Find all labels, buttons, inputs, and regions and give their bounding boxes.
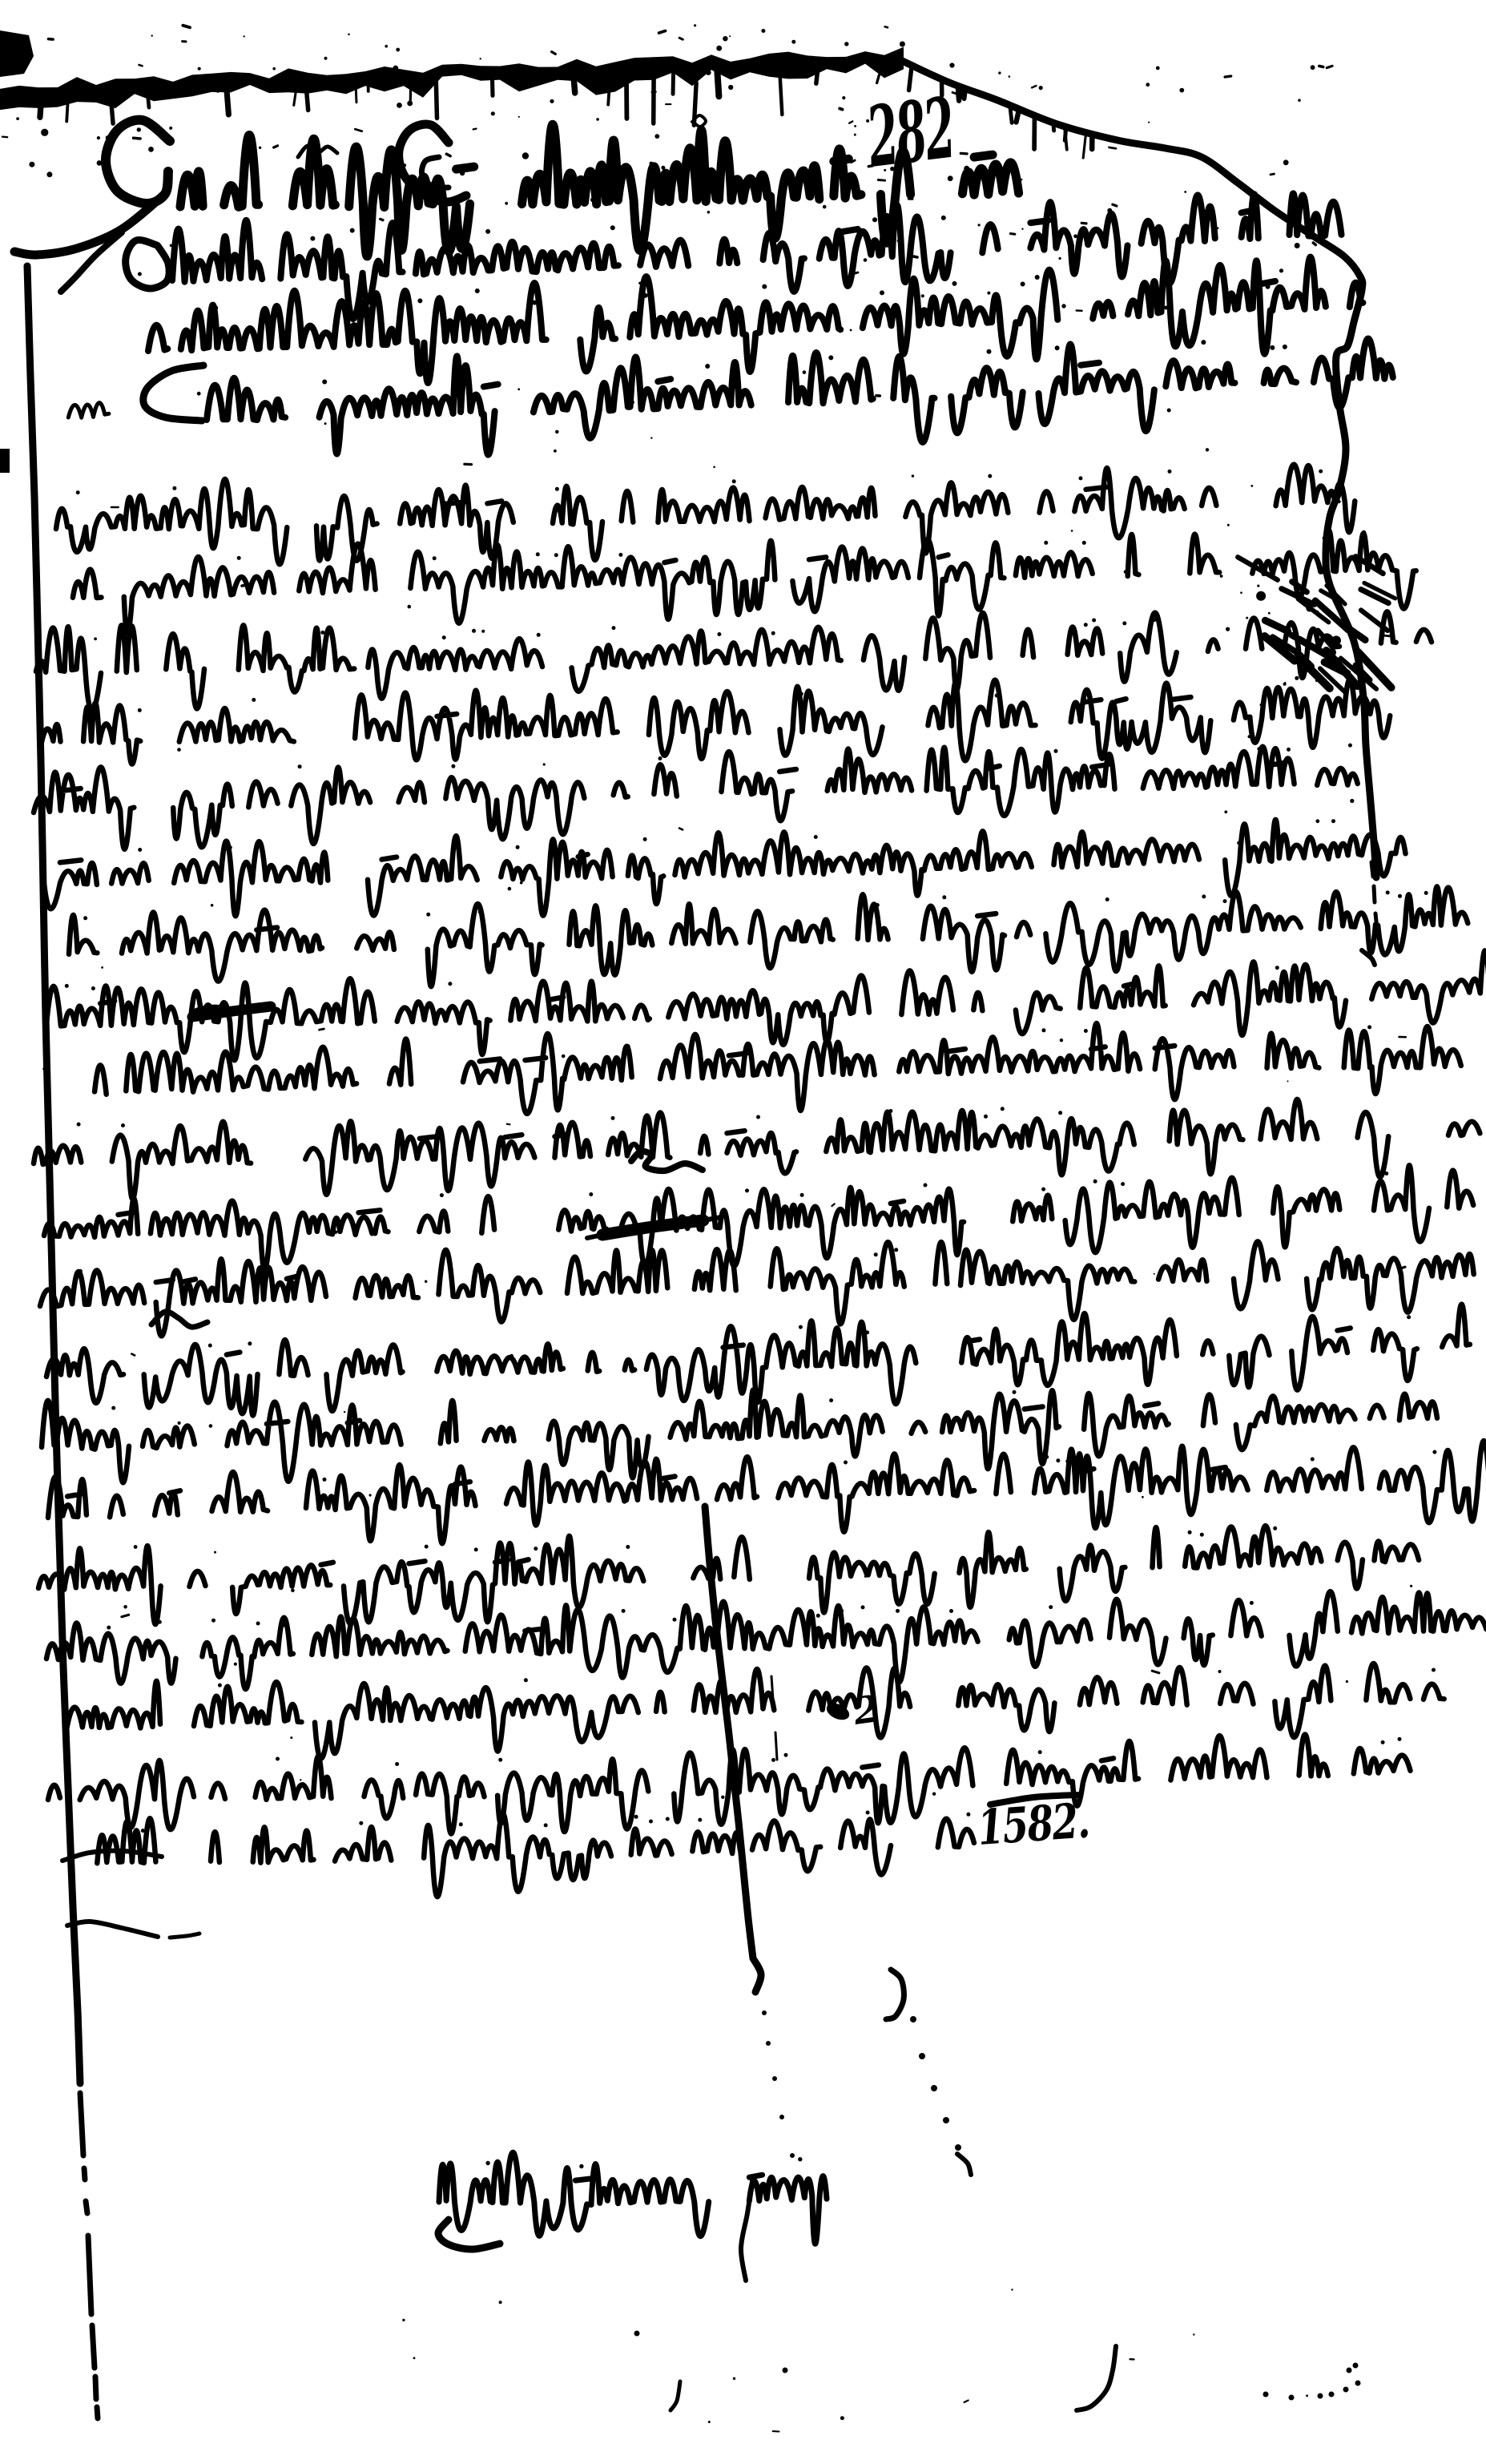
body-line-15-strokes xyxy=(48,1441,1486,1543)
body-line-6-dot xyxy=(1331,819,1335,823)
body-line-1 xyxy=(56,465,1355,565)
body-line-1-dot xyxy=(732,479,736,483)
body-line-7-dot xyxy=(478,910,482,914)
speckle xyxy=(291,1589,295,1593)
body-line-16-dot xyxy=(534,1547,538,1551)
speckle xyxy=(1240,591,1242,594)
body-line-20-dot xyxy=(649,1820,653,1824)
body-line-18-dot xyxy=(524,1678,528,1682)
body-line-15 xyxy=(48,1441,1486,1543)
speckle xyxy=(197,392,201,396)
speckle xyxy=(460,171,465,175)
body-line-3-dot xyxy=(472,629,476,633)
speckle xyxy=(97,160,103,166)
left-fold-dash xyxy=(84,2168,85,2180)
speckle xyxy=(499,2301,502,2304)
speckle-stroke xyxy=(381,219,383,220)
speckle-stroke xyxy=(1327,66,1332,67)
body-line-10-dot xyxy=(121,1123,125,1127)
speckle xyxy=(661,166,665,170)
body-line-20-dot xyxy=(459,1822,463,1826)
speckle-stroke xyxy=(960,153,967,154)
body-line-11-dot xyxy=(1041,1188,1045,1192)
body-line-20-dot xyxy=(666,1817,670,1821)
body-line-12-dot xyxy=(776,1252,780,1256)
body-line-4 xyxy=(42,676,1390,764)
body-line-3-dot xyxy=(1153,618,1157,622)
preamble-line-2-dot xyxy=(762,284,767,289)
speckle xyxy=(244,35,245,37)
body-line-12-dot xyxy=(894,1248,898,1252)
ink-blot xyxy=(41,129,48,136)
body-line-2-dot xyxy=(433,556,437,560)
speckle xyxy=(854,134,856,136)
speckle xyxy=(393,66,398,71)
body-line-7-dot xyxy=(1386,890,1390,894)
speckle xyxy=(1148,122,1150,123)
crack-trail-dot xyxy=(919,2053,925,2059)
body-line-3-dot xyxy=(442,635,446,639)
body-line-16-dot xyxy=(1200,1533,1204,1537)
body-line-20-dot xyxy=(544,1823,548,1827)
speckle xyxy=(94,637,97,640)
body-line-1-dot xyxy=(988,474,992,478)
body-line-9-dot xyxy=(1084,1029,1088,1033)
speckle xyxy=(761,29,765,33)
speckle xyxy=(518,116,520,118)
body-line-20-dot xyxy=(698,1818,702,1822)
speckle xyxy=(1257,747,1261,751)
signature-line-strokes xyxy=(439,2152,827,2244)
speckle xyxy=(912,474,914,477)
body-line-19-dot xyxy=(1038,1750,1042,1754)
speckle xyxy=(554,450,557,453)
speckle xyxy=(842,96,845,99)
torn-edge-drip xyxy=(1016,109,1019,123)
edge-drip xyxy=(574,78,575,93)
body-line-17-dot xyxy=(896,1609,900,1613)
speckle xyxy=(1315,819,1319,823)
speckle xyxy=(733,2377,735,2380)
speckle xyxy=(290,1736,292,1739)
preamble-line-2-dot xyxy=(880,290,884,295)
preamble-line-3-dot xyxy=(1283,345,1287,349)
preamble-line-3-strokes xyxy=(207,338,1393,454)
body-line-8-dot xyxy=(65,984,69,988)
speckle xyxy=(292,71,294,73)
heading-line-dot xyxy=(249,159,256,165)
speckle xyxy=(1059,257,1061,260)
crack-speck xyxy=(779,2115,784,2119)
speckle xyxy=(949,63,954,67)
edge-drip xyxy=(780,75,783,115)
body-line-2-dot xyxy=(554,553,558,557)
left-fold-dash xyxy=(88,2236,91,2314)
body-line-1-dot xyxy=(555,487,559,491)
speckle xyxy=(413,2357,416,2359)
speckle xyxy=(707,211,711,214)
speckle-stroke xyxy=(1313,243,1315,245)
speckle xyxy=(137,127,141,131)
body-line-5-dot xyxy=(1287,748,1291,752)
page-number: 282 xyxy=(861,79,959,187)
speckle-stroke xyxy=(964,2401,969,2403)
preamble-c-swash xyxy=(143,365,203,421)
body-line-1-dot xyxy=(1079,476,1083,480)
speckle xyxy=(46,171,52,177)
speckle xyxy=(630,401,634,405)
preamble-line-1-dot xyxy=(485,229,490,234)
body-line-1-dot xyxy=(76,490,80,494)
body-line-17-dot xyxy=(1049,1605,1053,1609)
speckle xyxy=(1283,159,1289,165)
body-line-1-dot xyxy=(172,486,176,490)
speckle xyxy=(1227,524,1230,526)
speckle xyxy=(272,583,276,587)
speckle xyxy=(998,71,1001,74)
crack-dash xyxy=(775,1732,777,1760)
speckle xyxy=(480,58,481,59)
speckle xyxy=(170,244,172,247)
body-line-5-dot xyxy=(1348,744,1352,748)
speckle-stroke xyxy=(679,38,683,39)
body-line-15-dot xyxy=(1045,1455,1049,1459)
crack-speck xyxy=(762,2010,767,2015)
edge-drip xyxy=(111,105,113,123)
speckle xyxy=(1248,735,1251,738)
speckle xyxy=(1053,401,1054,402)
preamble-line-1-strokes xyxy=(172,193,1342,319)
body-line-17-dot xyxy=(840,1609,844,1613)
body-line-11-dot xyxy=(589,1192,593,1196)
signature-descender xyxy=(741,2176,753,2281)
speckle xyxy=(300,1779,301,1780)
speckle xyxy=(505,202,508,205)
body-line-3-dot xyxy=(1092,619,1096,623)
body-line-3-dot xyxy=(612,626,616,630)
body-line-15-dot xyxy=(1432,1450,1436,1454)
body-line-6-dot xyxy=(643,837,647,841)
speckle xyxy=(491,111,495,115)
speckle xyxy=(1011,2289,1013,2290)
bottom-dot xyxy=(1329,2392,1335,2397)
speckle xyxy=(485,72,487,75)
body-line-16-dot xyxy=(425,1545,429,1549)
body-line-5-dot xyxy=(658,756,662,760)
body-line-17-dot xyxy=(861,1605,865,1609)
body-line-7-dot xyxy=(942,895,946,899)
edge-drip xyxy=(40,105,41,117)
speckle xyxy=(1298,99,1301,102)
preamble-line-3-dot xyxy=(987,349,992,354)
edge-drip xyxy=(717,67,719,96)
speckle xyxy=(151,34,153,36)
preamble-line-2-dot xyxy=(417,298,422,303)
speckle xyxy=(198,67,201,71)
speckle xyxy=(729,35,731,37)
speckle xyxy=(1237,841,1241,845)
body-line-17-dot xyxy=(949,1609,953,1613)
speckle-stroke xyxy=(2,137,7,138)
edge-drip xyxy=(356,83,356,102)
bottom-dot xyxy=(1353,2363,1359,2369)
body-line-9-dot xyxy=(626,1044,630,1048)
body-line-13-dot xyxy=(1164,1325,1168,1329)
body-line-1-dot xyxy=(1168,470,1172,474)
crack-trail-dot xyxy=(910,2016,916,2022)
preamble-line-3-dot xyxy=(705,364,710,369)
body-line-12-strokes xyxy=(40,1241,1474,1336)
body-line-7-dot xyxy=(1105,897,1109,901)
speckle xyxy=(1258,283,1262,287)
body-line-2-dot xyxy=(536,552,540,556)
speckle xyxy=(1315,680,1318,682)
preamble-line-2-dot xyxy=(952,281,957,286)
body-line-18-dot xyxy=(1432,1668,1436,1672)
speckle xyxy=(134,1545,138,1549)
body-line-3 xyxy=(36,611,1432,711)
body-line-9-dot xyxy=(1367,1025,1371,1029)
speckle xyxy=(964,166,969,171)
body-line-20-dot xyxy=(122,1830,126,1834)
body-line-7-dot xyxy=(857,907,861,911)
signature-swash xyxy=(438,2220,500,2249)
body-line-19-dot xyxy=(498,1758,502,1762)
bottom-dot xyxy=(1347,2368,1352,2373)
speckle xyxy=(150,200,152,202)
speckle xyxy=(1206,448,1209,451)
speckle xyxy=(987,292,990,295)
speckle xyxy=(844,42,848,46)
body-line-13 xyxy=(46,1305,1470,1416)
crack-trail-curl xyxy=(957,2154,971,2175)
preamble-initial-loop xyxy=(126,240,170,288)
speckle xyxy=(1021,228,1023,230)
body-line-12 xyxy=(40,1241,1474,1336)
body-line-20-dot xyxy=(966,1813,970,1817)
crack-trail-dot xyxy=(931,2085,937,2091)
body-line-18-dot xyxy=(218,1684,222,1688)
edge-drip xyxy=(66,99,68,121)
body-line-17 xyxy=(46,1591,1486,1689)
speckle xyxy=(249,140,252,143)
preamble-line-1 xyxy=(172,193,1342,319)
speckle xyxy=(975,648,977,651)
body-line-20-dot xyxy=(359,1821,363,1825)
speckle xyxy=(1323,537,1326,540)
preamble-line-2-dot xyxy=(1035,275,1040,280)
body-line-6-dot xyxy=(516,845,520,849)
speckle xyxy=(1257,585,1259,587)
speckle xyxy=(921,294,924,297)
preamble-line-1-dot xyxy=(350,228,355,233)
speckle xyxy=(1179,88,1184,93)
speckle xyxy=(1350,799,1354,803)
speckle-stroke xyxy=(446,154,450,156)
speckle xyxy=(407,101,413,107)
speckle xyxy=(344,1411,345,1413)
speckle-stroke xyxy=(1152,1671,1159,1673)
body-line-14-dot xyxy=(829,1398,833,1402)
preamble-line-3-dot xyxy=(1055,345,1060,350)
speckle xyxy=(1250,485,1253,487)
body-line-19-dot xyxy=(1222,1744,1226,1748)
body-line-8-dot xyxy=(91,986,95,990)
speckle xyxy=(369,1494,372,1496)
body-line-11-dot xyxy=(924,1184,928,1188)
body-line-6-dot xyxy=(138,848,142,852)
preamble-line-2-dot xyxy=(532,300,537,305)
speckle xyxy=(101,966,103,969)
body-line-15-dot xyxy=(1056,1458,1060,1462)
body-line-13-strokes xyxy=(46,1305,1470,1416)
speckle xyxy=(1337,500,1340,503)
speckle xyxy=(676,64,680,68)
speckle-stroke xyxy=(1109,147,1117,148)
center-crack-hook xyxy=(753,1958,761,1992)
body-line-16-dot xyxy=(1273,1526,1277,1530)
body-line-17-dot xyxy=(816,1614,820,1618)
speckle xyxy=(1184,191,1186,193)
speckle xyxy=(324,422,327,425)
body-line-15-dot xyxy=(1065,1459,1069,1463)
body-line-3-strokes xyxy=(36,611,1432,711)
preamble-line-1-dot xyxy=(1107,208,1112,213)
crack-trail-dot xyxy=(943,2117,949,2123)
bottom-dot xyxy=(1343,2387,1349,2393)
strikethrough-2-tail-left xyxy=(587,1235,602,1238)
body-line-10-dot xyxy=(756,1115,760,1119)
speckle-stroke xyxy=(640,283,642,284)
speckle-stroke xyxy=(853,272,859,274)
body-line-7-dot xyxy=(83,916,87,920)
body-line-3-dot xyxy=(537,633,541,637)
body-line-3-dot xyxy=(320,631,324,635)
speckle xyxy=(1279,268,1283,272)
body-line-19-dot xyxy=(1381,1740,1385,1744)
speckle-stroke xyxy=(453,211,456,212)
preamble-left-fragment xyxy=(68,403,109,418)
speckle-stroke xyxy=(1010,234,1015,235)
speckle xyxy=(615,162,618,165)
speckle-stroke xyxy=(890,233,892,235)
speckle xyxy=(721,1796,724,1799)
body-line-7-dot xyxy=(1424,891,1428,895)
speckle-stroke xyxy=(832,1204,834,1206)
speckle xyxy=(1061,304,1065,308)
speckle xyxy=(97,136,100,139)
body-line-20-dot xyxy=(634,1815,638,1819)
body-line-17-dot xyxy=(283,1623,287,1627)
body-line-2-dot xyxy=(770,539,774,543)
left-fold-dash xyxy=(86,2201,87,2213)
body-line-9-dot xyxy=(403,1046,407,1050)
signature-line-dot xyxy=(798,2157,802,2161)
speckle xyxy=(1268,612,1271,615)
speckle xyxy=(1125,246,1128,249)
speckle xyxy=(475,288,480,293)
speckle-stroke xyxy=(912,256,917,257)
body-line-2-dot xyxy=(618,553,622,557)
body-line-10-dot xyxy=(888,1109,892,1113)
body-line-10-dot xyxy=(611,1116,615,1120)
speckle xyxy=(272,67,276,71)
body-line-20-dot xyxy=(866,1811,870,1815)
speckle xyxy=(324,57,328,60)
speckle xyxy=(397,103,402,108)
strikethrough-2 xyxy=(602,1220,703,1235)
speckle xyxy=(1124,570,1128,574)
speckle-stroke xyxy=(242,585,246,586)
speckle xyxy=(1156,67,1160,71)
body-line-16-dot xyxy=(497,1547,501,1551)
torn-edge-drip xyxy=(957,86,958,100)
body-line-11-dot xyxy=(440,1193,444,1197)
speckle-stroke xyxy=(139,65,143,66)
speckle xyxy=(708,2421,711,2423)
body-line-19-dot xyxy=(771,1758,775,1762)
body-line-19-dot xyxy=(276,1757,280,1761)
body-line-7-dot xyxy=(1398,894,1402,898)
preamble-line-2-dot xyxy=(340,303,345,308)
right-edge-dash xyxy=(1374,886,1375,902)
left-fold-dash xyxy=(95,2377,96,2399)
speckle xyxy=(1246,617,1248,619)
left-line-branch-1 xyxy=(62,1851,162,1861)
edge-drip xyxy=(608,89,609,105)
body-line-20-strokes xyxy=(97,1813,974,1897)
preamble-line-2-dot xyxy=(1021,282,1025,287)
body-line-19-dot xyxy=(395,1762,399,1766)
speckle xyxy=(441,500,445,504)
speckle-stroke xyxy=(134,138,141,139)
speckle xyxy=(1410,1585,1412,1587)
speckle-stroke xyxy=(885,26,888,27)
speckle xyxy=(216,90,219,93)
crack-trail-dot xyxy=(955,2144,961,2151)
speckle xyxy=(1266,284,1271,289)
speckle xyxy=(706,70,711,75)
body-line-5 xyxy=(34,744,1358,849)
body-line-16-dot xyxy=(626,1545,630,1549)
bottom-dot xyxy=(634,2331,640,2337)
speckle xyxy=(529,83,533,87)
body-line-4-dot xyxy=(995,694,999,698)
speckle xyxy=(854,125,856,127)
body-line-15-dot xyxy=(323,1478,327,1482)
speckle xyxy=(396,48,400,52)
body-line-10-dot xyxy=(1001,1107,1005,1111)
body-line-2-dot xyxy=(1044,541,1048,545)
speckle-stroke xyxy=(1225,76,1231,77)
speckle xyxy=(1226,627,1230,631)
body-line-10-dot xyxy=(984,1115,988,1119)
speckle xyxy=(259,147,261,149)
speckle xyxy=(728,85,733,90)
speckle xyxy=(1164,306,1168,310)
preamble-line-1-dot xyxy=(310,236,315,241)
speckle xyxy=(864,258,868,262)
body-line-18-strokes xyxy=(66,1664,1444,1758)
speckle xyxy=(543,763,546,765)
body-line-5-dot xyxy=(451,764,455,768)
body-line-5-dot xyxy=(1098,749,1102,753)
body-line-5-dot xyxy=(1054,749,1058,753)
speckle xyxy=(408,605,412,609)
ink-blot xyxy=(654,134,659,139)
crack-side-curl xyxy=(886,1970,904,2019)
edge-drip xyxy=(492,77,493,96)
